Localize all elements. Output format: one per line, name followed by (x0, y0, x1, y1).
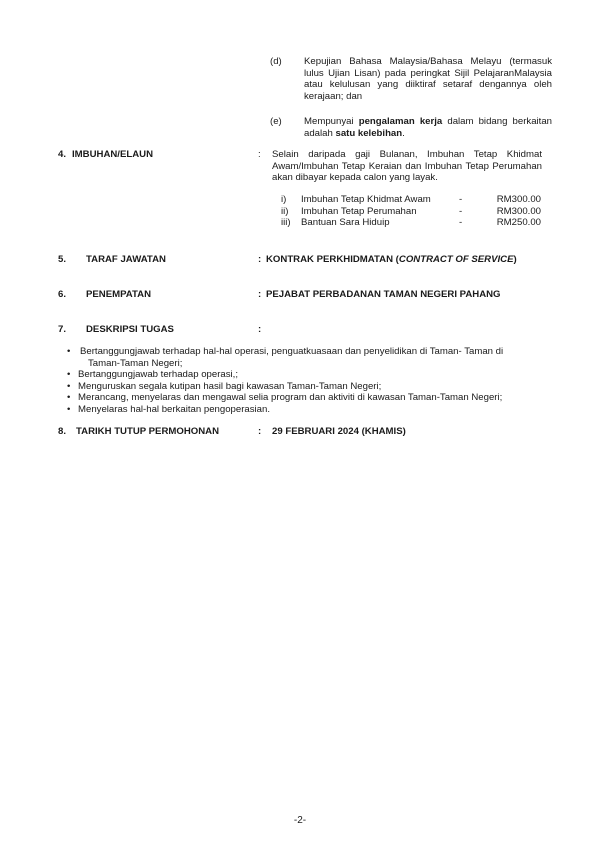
section-6-value: PEJABAT PERBADANAN TAMAN NEGERI PAHANG (266, 289, 501, 301)
section-8-value: 29 FEBRUARI 2024 (KHAMIS) (272, 426, 406, 438)
bullet-icon: • (67, 381, 70, 393)
duty-text: Menyelaras hal-hal berkaitan pengoperasi… (78, 404, 270, 415)
allowance-row: iii) Bantuan Sara Hiduip - RM250.00 (281, 217, 541, 229)
requirement-e-work-experience: pengalaman kerja (359, 116, 443, 127)
duty-text-continued: Taman-Taman Negeri; (78, 358, 560, 370)
allowance-index: ii) (281, 206, 288, 218)
duty-text: Merancang, menyelaras dan mengawal selia… (78, 392, 502, 403)
section-4-colon: : (258, 149, 261, 161)
bullet-icon: • (67, 369, 70, 381)
duty-text: Menguruskan segala kutipan hasil bagi ka… (78, 381, 381, 392)
page-number: -2- (0, 815, 600, 827)
duty-item: • Merancang, menyelaras dan mengawal sel… (66, 392, 560, 404)
section-5-number: 5. (58, 254, 66, 266)
duty-text: Bertanggungjawab terhadap operasi,; (78, 369, 238, 380)
section-7-title: DESKRIPSI TUGAS (86, 324, 174, 336)
requirement-d-text: Kepujian Bahasa Malaysia/Bahasa Melayu (… (304, 56, 552, 102)
allowance-amount: RM300.00 (497, 206, 541, 218)
section-7-colon: : (258, 324, 261, 336)
duty-item: • Menguruskan segala kutipan hasil bagi … (66, 381, 560, 393)
allowance-index: i) (281, 194, 286, 206)
contract-type: KONTRAK PERKHIDMATAN ( (266, 254, 399, 265)
section-5-colon: : (258, 254, 261, 266)
requirement-e-label: (e) (270, 116, 282, 128)
allowance-row: ii) Imbuhan Tetap Perumahan - RM300.00 (281, 206, 541, 218)
section-4-text: Selain daripada gaji Bulanan, Imbuhan Te… (272, 149, 542, 184)
section-8-number: 8. (58, 426, 66, 438)
section-5-value: KONTRAK PERKHIDMATAN (CONTRACT OF SERVIC… (266, 254, 517, 266)
section-8-colon: : (258, 426, 261, 438)
duty-item: • Menyelaras hal-hal berkaitan pengopera… (66, 404, 560, 416)
bullet-icon: • (67, 346, 70, 358)
requirement-e-text-post: . (402, 128, 405, 139)
contract-type-english: CONTRACT OF SERVICE (399, 254, 514, 265)
allowance-dash: - (459, 217, 462, 229)
contract-type-close: ) (514, 254, 517, 265)
requirement-e-text-pre: Mempunyai (304, 116, 359, 127)
duty-item: • Bertanggungjawab terhadap hal-hal oper… (66, 346, 560, 369)
section-4-title: IMBUHAN/ELAUN (72, 149, 153, 161)
requirement-e-advantage: satu kelebihan (335, 128, 402, 139)
allowance-name: Imbuhan Tetap Khidmat Awam (301, 194, 431, 206)
allowance-name: Imbuhan Tetap Perumahan (301, 206, 417, 218)
bullet-icon: • (67, 392, 70, 404)
duty-item: • Bertanggungjawab terhadap operasi,; (66, 369, 560, 381)
requirement-d-label: (d) (270, 56, 282, 68)
duties-list: • Bertanggungjawab terhadap hal-hal oper… (66, 346, 560, 416)
allowance-index: iii) (281, 217, 291, 229)
section-6-colon: : (258, 289, 261, 301)
allowance-dash: - (459, 194, 462, 206)
allowance-name: Bantuan Sara Hiduip (301, 217, 390, 229)
allowance-dash: - (459, 206, 462, 218)
duty-text: Bertanggungjawab terhadap hal-hal operas… (78, 346, 503, 357)
section-8-title: TARIKH TUTUP PERMOHONAN (76, 426, 219, 438)
section-6-number: 6. (58, 289, 66, 301)
section-5-title: TARAF JAWATAN (86, 254, 166, 266)
allowance-amount: RM250.00 (497, 217, 541, 229)
section-7-number: 7. (58, 324, 66, 336)
allowance-amount: RM300.00 (497, 194, 541, 206)
allowance-row: i) Imbuhan Tetap Khidmat Awam - RM300.00 (281, 194, 541, 206)
requirement-e-text: Mempunyai pengalaman kerja dalam bidang … (304, 116, 552, 139)
section-4-number: 4. (58, 149, 66, 161)
bullet-icon: • (67, 404, 70, 416)
section-6-title: PENEMPATAN (86, 289, 151, 301)
